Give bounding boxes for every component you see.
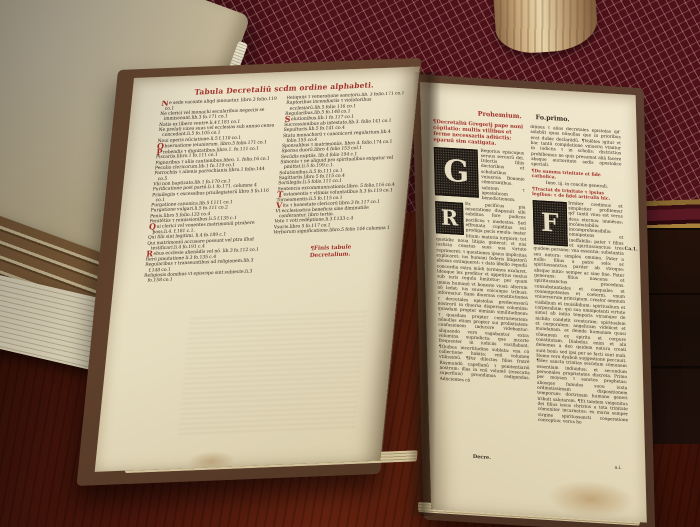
open-incunable-book: Tabula Decretaliū scdm ordine alphabeti.…	[88, 58, 678, 518]
folio-number: Fo.primo.	[536, 113, 570, 123]
photo-scene: Tabula Decretaliū scdm ordine alphabeti.…	[0, 0, 700, 527]
left-page-tabula: Tabula Decretaliū scdm ordine alphabeti.…	[95, 67, 420, 472]
prohemium-column-1: ¶Decretaliū Gregorij pape noni cōpilatio…	[433, 119, 532, 468]
firmiter-paragraph: FIrmiter credimus et simpliciter profite…	[532, 199, 628, 429]
woodcut-initial-f: F	[532, 200, 567, 246]
gregorius-text: Regorius episcopus seruus seruorū dei. D…	[481, 148, 526, 203]
tabula-column-2: Reliquiis τ veneratione sanctorū.lib. 3 …	[262, 91, 405, 347]
prohemium-column-2: ditiōes τ alias decretales epistolas qd'…	[530, 125, 629, 474]
running-title: Prohemium.	[478, 110, 522, 121]
quire-signature: a.i.	[615, 466, 622, 471]
right-page-prohemium: Prohemium. Fo.primo. ¶Decretaliū Gregori…	[420, 82, 647, 523]
show-through-text	[178, 309, 367, 434]
page-stain	[548, 479, 635, 520]
rubricated-initial: N	[161, 98, 169, 108]
gregorius-paragraph: GRegorius episcopus seruus seruorū dei. …	[434, 145, 526, 204]
incipit-rubric: ¶Decretaliū Gregorij pape noni cōpilatio…	[433, 119, 524, 149]
rubricated-initial: Q	[148, 222, 156, 232]
woodcut-initial-g: G	[434, 146, 479, 197]
rex-pacificus-paragraph: REx pacificus pia miseratione disposuit …	[435, 200, 530, 387]
catchword: Decre.	[473, 454, 491, 461]
tabula-column-2-entries: Reliquiis τ veneratione sanctorū.lib. 3 …	[273, 91, 405, 236]
woodcut-initial-r: R	[435, 201, 464, 235]
margin-note: Ca.1.	[625, 247, 638, 253]
prohemium-columns: ¶Decretaliū Gregorij pape noni cōpilatio…	[433, 119, 630, 474]
finis-rubric: ¶Finis tabuleDecretalium.	[270, 243, 390, 261]
column2-top-text: ditiōes τ alias decretales epistolas qd'…	[530, 125, 621, 173]
